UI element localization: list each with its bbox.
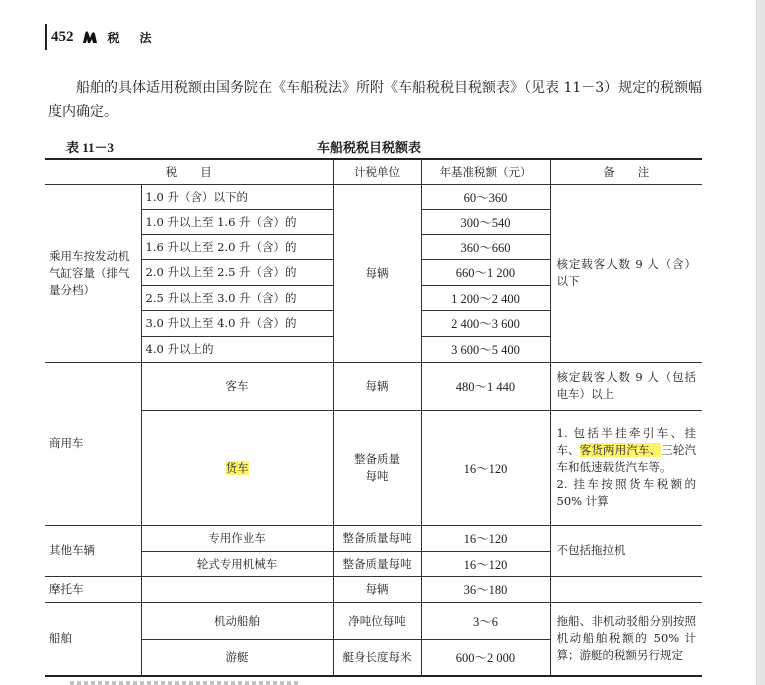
tax-rate-table: 税 目 计税单位 年基准税额（元） 备 注 乘用车按发动机气缸容量（排气量分档）…	[45, 158, 702, 677]
amount-cell: 300～540	[421, 209, 550, 234]
header-remark: 备 注	[550, 159, 702, 184]
amount-cell: 60～360	[421, 184, 550, 209]
remark-text: 2. 挂车按照货车税额的 50% 计算	[557, 477, 697, 508]
category-motorcycle: 摩托车	[45, 576, 141, 602]
unit-cell: 每辆	[333, 576, 421, 602]
unit-cell: 净吨位每吨	[333, 602, 421, 639]
margin-bar	[45, 24, 47, 50]
item-cell: 游艇	[141, 639, 333, 676]
remark-cell: 1. 包括半挂牵引车、挂车、客货两用汽车、三轮汽车和低速载货汽车等。 2. 挂车…	[550, 410, 702, 525]
unit-text: 整备质量每吨	[349, 451, 405, 485]
table-row: 摩托车 每辆 36～180	[45, 576, 702, 602]
header-amount: 年基准税额（元）	[421, 159, 550, 184]
table-row: 乘用车按发动机气缸容量（排气量分档） 1.0 升（含）以下的 每辆 60～360…	[45, 184, 702, 209]
unit-cell: 每辆	[333, 184, 421, 362]
amount-cell: 1 200～2 400	[421, 285, 550, 310]
amount-cell: 600～2 000	[421, 639, 550, 676]
table-row: 商用车 客车 每辆 480～1 440 核定载客人数 9 人（包括电车）以上	[45, 362, 702, 410]
category-vessel: 船舶	[45, 602, 141, 676]
cut-off-footnote	[70, 681, 300, 685]
unit-cell: 艇身长度每米	[333, 639, 421, 676]
item-cell: 1.0 升以上至 1.6 升（含）的	[141, 209, 333, 234]
running-head: 452 税法	[45, 24, 172, 50]
book-logo-icon	[82, 30, 98, 44]
remark-cell: 核定载客人数 9 人（包括电车）以上	[550, 362, 702, 410]
item-cell: 4.0 升以上的	[141, 336, 333, 362]
amount-cell: 16～120	[421, 525, 550, 551]
item-cell: 专用作业车	[141, 525, 333, 551]
table-header-row: 税 目 计税单位 年基准税额（元） 备 注	[45, 159, 702, 184]
item-cell: 客车	[141, 362, 333, 410]
vertical-scrollbar[interactable]	[756, 0, 765, 685]
amount-cell: 16～120	[421, 551, 550, 576]
table-row: 货车 整备质量每吨 16～120 1. 包括半挂牵引车、挂车、客货两用汽车、三轮…	[45, 410, 702, 525]
unit-cell: 整备质量每吨	[333, 525, 421, 551]
item-cell: 2.0 升以上至 2.5 升（含）的	[141, 259, 333, 285]
chapter-title: 税法	[108, 29, 172, 46]
amount-cell: 3 600～5 400	[421, 336, 550, 362]
item-cell: 1.6 升以上至 2.0 升（含）的	[141, 234, 333, 259]
table-title: 车船税税目税额表	[317, 137, 421, 156]
page-number: 452	[51, 29, 74, 46]
body-paragraph: 船舶的具体适用税额由国务院在《车船税法》所附《车船税税目税额表》（见表 11－3…	[48, 76, 708, 124]
amount-cell: 660～1 200	[421, 259, 550, 285]
item-cell: 3.0 升以上至 4.0 升（含）的	[141, 310, 333, 336]
header-item: 税 目	[45, 159, 333, 184]
item-cell	[141, 576, 333, 602]
amount-cell: 3～6	[421, 602, 550, 639]
category-passenger: 乘用车按发动机气缸容量（排气量分档）	[45, 184, 141, 362]
table-row: 船舶 机动船舶 净吨位每吨 3～6 拖船、非机动驳船分别按照机动船舶税额的 50…	[45, 602, 702, 639]
table-row: 其他车辆 专用作业车 整备质量每吨 16～120 不包括拖拉机	[45, 525, 702, 551]
remark-cell: 核定载客人数 9 人（含）以下	[550, 184, 702, 362]
item-cell: 2.5 升以上至 3.0 升（含）的	[141, 285, 333, 310]
category-commercial: 商用车	[45, 362, 141, 525]
amount-cell: 480～1 440	[421, 362, 550, 410]
item-cell: 轮式专用机械车	[141, 551, 333, 576]
category-other: 其他车辆	[45, 525, 141, 576]
table-number: 表 11－3	[66, 137, 114, 156]
remark-cell: 不包括拖拉机	[550, 525, 702, 576]
header-unit: 计税单位	[333, 159, 421, 184]
highlighted-text[interactable]: 货车	[226, 461, 249, 475]
item-cell: 1.0 升（含）以下的	[141, 184, 333, 209]
unit-cell: 整备质量每吨	[333, 551, 421, 576]
amount-cell: 360～660	[421, 234, 550, 259]
amount-cell: 36～180	[421, 576, 550, 602]
document-page: 452 税法 船舶的具体适用税额由国务院在《车船税法》所附《车船税税目税额表》（…	[0, 0, 738, 685]
item-cell: 机动船舶	[141, 602, 333, 639]
amount-cell: 16～120	[421, 410, 550, 525]
remark-cell: 拖船、非机动驳船分别按照机动船舶税额的 50% 计算；游艇的税额另行规定	[550, 602, 702, 676]
unit-cell: 每辆	[333, 362, 421, 410]
amount-cell: 2 400～3 600	[421, 310, 550, 336]
highlighted-text[interactable]: 客货两用汽车、	[580, 443, 661, 457]
unit-cell: 整备质量每吨	[333, 410, 421, 525]
item-cell: 货车	[141, 410, 333, 525]
remark-cell	[550, 576, 702, 602]
